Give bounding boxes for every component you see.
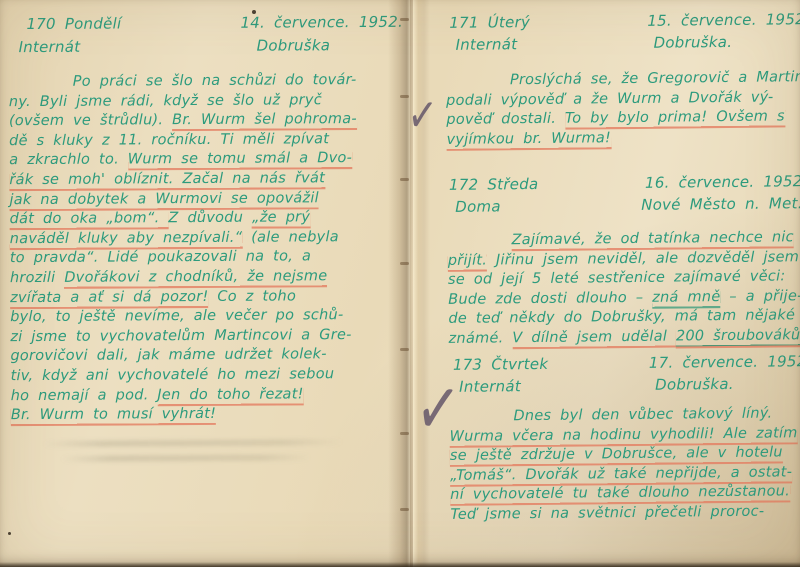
handwriting-segment: známé. — [449, 330, 513, 348]
diary-entry-body: Zajímavé, že od tatínka nechce nicpřijít… — [447, 228, 796, 349]
handwriting-line: (ovšem ve štrůdlu). Br. Wurm šel pohroma… — [9, 110, 401, 132]
handwriting-segment: Br. Wurm šel pohroma- — [172, 111, 357, 129]
entry-town: Dobruška — [256, 36, 330, 54]
bleed-through — [61, 454, 311, 462]
handwriting-line: vyjímkou br. Wurma! — [446, 127, 794, 150]
handwriting-segment: naváděl kluky aby nezpívali.“ — [10, 229, 243, 247]
handwriting-line: hrozili Dvořákovi z chodníků, že nejsme — [10, 267, 402, 289]
handwriting-segment: dě s kluky z 11. ročníku. Ti měli zpívat — [9, 131, 329, 150]
handwriting-line: řák se moh' oblíznit. Začal na nás řvát — [9, 169, 401, 191]
diary-entry-body: Po práci se šlo na schůzi do továr-ny. B… — [9, 71, 403, 426]
handwriting-segment: To by bylo prima! Ovšem s — [565, 109, 785, 128]
right-page: 171 Úterý Internát 15. července. 1952. D… — [417, 0, 800, 567]
handwriting-segment: Teď jsme si na světnici přečetli proroc- — [450, 504, 764, 524]
left-page: 170 Pondělí Internát 14. července. 1952.… — [0, 0, 402, 567]
entry-date: 17. července. 1952. — [649, 352, 800, 372]
entry-date: 15. července. 1952. — [647, 10, 800, 30]
stitch-mark — [400, 432, 409, 435]
entry-number-day: 170 Pondělí — [26, 14, 121, 33]
handwriting-line: ny. Byli jsme rádi, když se šlo už pryč — [9, 90, 401, 112]
handwriting-segment: Bude zde dosti dlouho – — [448, 290, 652, 309]
handwriting-line: zi jsme to vychovatelům Martincovi a Gre… — [10, 325, 402, 347]
handwriting-segment: Dnes byl den vůbec takový líný. — [513, 406, 772, 426]
handwriting-segment: Proslýchá se, že Gregorovič a Martinec — [510, 69, 800, 89]
entry-place: Doma — [455, 197, 501, 215]
handwriting-line: ho nemají a pod. Jen do toho řezat! — [11, 384, 403, 406]
handwriting-segment: (ale nebyla — [242, 229, 339, 247]
handwriting-line: bylo, to ještě nevíme, ale večer po schů… — [10, 306, 402, 328]
handwriting-line: zvířata a ať si dá pozor! Co z toho — [10, 286, 402, 308]
entry-town: Dobruška. — [653, 33, 732, 52]
handwriting-line: dě s kluky z 11. ročníku. Ti měli zpívat — [9, 130, 401, 152]
page-stack-edge — [0, 562, 800, 567]
handwriting-segment: zi jsme to vychovatelům Martincovi a Gre… — [10, 327, 351, 346]
handwriting-segment: ho nemají a pod. — [11, 387, 158, 405]
handwriting-line: známé. V dílně jsem udělal 200 šroubovák… — [449, 326, 797, 349]
handwriting-line: gorovičovi dali, jak máme udržet kolek- — [10, 345, 402, 367]
handwriting-segment: dát do oka „bom“. — [10, 210, 169, 228]
handwriting-segment: „že prý — [252, 209, 310, 226]
handwriting-segment: Co z toho — [208, 288, 296, 306]
handwriting-segment: Zajímavé, že od tatínka nechce nic — [512, 229, 794, 249]
entry-place: Internát — [18, 38, 80, 56]
entry-number-day: 173 Čtvrtek — [453, 355, 549, 374]
handwriting-segment: pověď dostali. — [446, 111, 565, 129]
bleed-through — [43, 439, 343, 447]
handwriting-segment: hrozili — [10, 270, 64, 287]
handwriting-segment: gorovičovi dali, jak máme udržet kolek- — [10, 347, 326, 366]
handwriting-segment: de teď někdy do Dobrušky, má tam nějaké — [448, 308, 795, 329]
entry-number-day: 172 Středa — [449, 175, 539, 194]
handwriting-segment: tiv, když ani vychovatelé ho mezi sebou — [11, 366, 335, 385]
stitch-mark — [400, 262, 409, 265]
handwriting-segment: Jen do toho řezat! — [157, 386, 303, 404]
handwriting-segment: (ovšem ve štrůdlu). — [9, 112, 172, 130]
handwriting-segment: Wurm se tomu smál a Dvo- — [128, 150, 352, 168]
handwriting-segment: 200 šroubováků! — [676, 327, 800, 345]
paper-speck — [8, 532, 11, 535]
entry-date: 14. července. 1952. — [240, 13, 403, 32]
notebook-spine — [388, 0, 430, 567]
handwriting-segment: přijít. — [448, 252, 487, 269]
entry-town: Dobruška. — [655, 375, 734, 394]
handwriting-line: tiv, když ani vychovatelé ho mezi sebou — [11, 365, 403, 387]
handwriting-segment: Po práci se šlo na schůzi do továr- — [73, 72, 357, 91]
handwriting-line: pověď dostali. To by bylo prima! Ovšem s — [446, 107, 794, 130]
handwriting-line: Teď jsme si na světnici přečetli proroc- — [450, 502, 798, 525]
diary-entry-body: Proslýchá se, že Gregorovič a Martinecpo… — [446, 68, 795, 150]
handwriting-segment: V dílně jsem udělal — [512, 329, 676, 348]
handwriting-segment: ny. Byli jsme rádi, když se šlo už pryč — [9, 92, 322, 111]
handwriting-segment: to pravda“. Lidé poukazovali na to, a — [10, 249, 311, 268]
check-mark-icon: ✓ — [406, 85, 439, 148]
entry-place: Internát — [455, 35, 517, 54]
handwriting-line: to pravda“. Lidé poukazovali na to, a — [10, 247, 402, 269]
stitch-mark — [400, 508, 409, 511]
handwriting-segment: zná mně — [652, 289, 720, 307]
stitch-mark — [400, 18, 409, 21]
handwriting-line: a zkrachlo to. Wurm se tomu smál a Dvo- — [9, 149, 401, 171]
entry-date: 16. července. 1952. — [645, 172, 800, 192]
check-mark-icon: ✓ — [413, 363, 464, 457]
handwriting-segment: vyjímkou br. Wurma! — [446, 130, 611, 149]
entry-place: Internát — [459, 377, 521, 396]
handwriting-line: Br. Wurm to musí vyhrát! — [11, 404, 403, 426]
stitch-mark — [400, 178, 409, 181]
entry-number-day: 171 Úterý — [449, 13, 530, 32]
handwriting-segment: se od její 5 leté sestřenice zajímavé vě… — [448, 269, 786, 290]
handwriting-line: jak na dobytek a Wurmovi se opovážil — [9, 188, 401, 210]
handwriting-segment: Wurma včera na hodinu vyhodili! Ale zatí… — [450, 425, 798, 446]
entry-town: Nové Město n. Met. — [641, 194, 800, 214]
handwriting-segment: Dvořákovi z chodníků, že nejsme — [64, 268, 327, 287]
handwriting-segment: se ještě zdržuje v Dobrušce, ale v hotel… — [450, 445, 783, 465]
handwriting-segment: Jiřinu jsem neviděl, ale dozvěděl jsem — [487, 249, 799, 269]
handwriting-segment: „Tomáš“. Dvořák už také nepřijde, a osta… — [450, 464, 792, 485]
handwriting-segment: Br. Wurm to musí vyhrát! — [11, 406, 216, 424]
handwriting-line: Po práci se šlo na schůzi do továr- — [9, 71, 401, 93]
stitch-mark — [400, 95, 409, 98]
handwriting-segment: Z důvodu — [168, 210, 252, 228]
handwriting-segment: ní vychovatelé tu také dlouho nezůstanou… — [450, 484, 790, 505]
handwriting-segment: řák se moh' oblíznit. Začal na nás řvát — [9, 170, 325, 189]
handwriting-line: naváděl kluky aby nezpívali.“ (ale nebyl… — [10, 228, 402, 250]
handwriting-segment: – a přije- — [720, 288, 800, 306]
handwriting-segment: a zkrachlo to. — [9, 152, 128, 170]
handwriting-line: dát do oka „bom“. Z důvodu „že prý — [10, 208, 402, 230]
handwriting-segment: podali výpověď a že Wurm a Dvořák vý- — [446, 89, 774, 109]
notebook-scan: 170 Pondělí Internát 14. července. 1952.… — [0, 0, 800, 567]
paper-speck — [252, 10, 256, 14]
handwriting-segment: zvířata a ať si dá pozor! — [10, 288, 209, 306]
diary-entry-body: Dnes byl den vůbec takový líný.Wurma vče… — [449, 404, 798, 525]
handwriting-segment: jak na dobytek a Wurmovi se opovážil — [9, 190, 319, 209]
stitch-mark — [400, 348, 409, 351]
handwriting-segment: bylo, to ještě nevíme, ale večer po schů… — [10, 307, 343, 326]
